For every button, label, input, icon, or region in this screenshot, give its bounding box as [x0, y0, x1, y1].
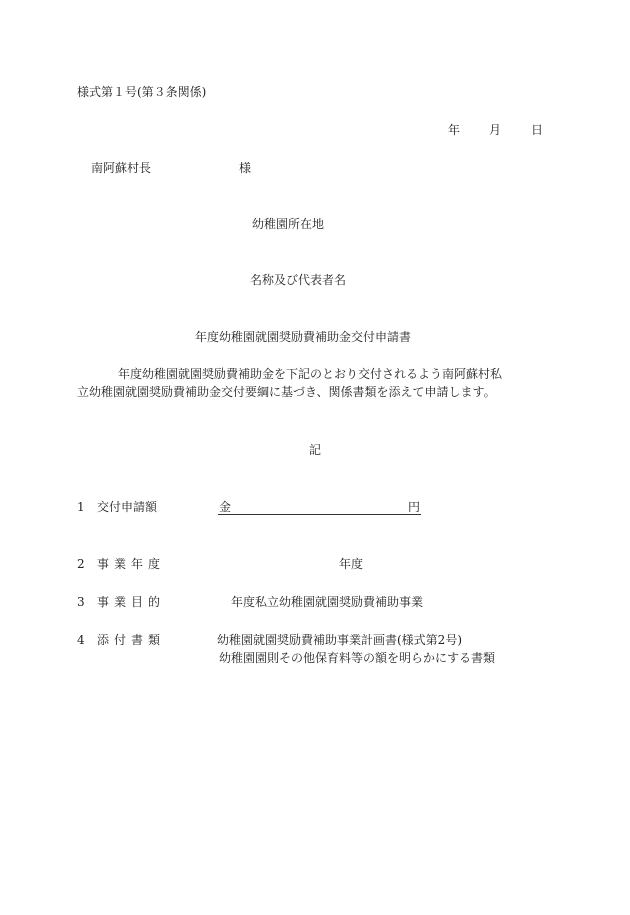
item-value: 年度私立幼稚園就園奨励費補助事業: [231, 594, 423, 610]
body-line-2: 立幼稚園就園奨励費補助金交付要綱に基づき、関係書類を添えて申請します。: [77, 384, 496, 400]
item-label: 事業目的: [97, 594, 165, 610]
amount-suffix: 円: [408, 498, 420, 515]
item-number: 1: [77, 499, 85, 515]
date-year-label: 年: [448, 122, 460, 138]
document-title: 年度幼稚園就園奨励費補助金交付申請書: [195, 329, 411, 345]
applicant-name-label: 名称及び代表者名: [250, 272, 346, 288]
amount-field[interactable]: 金 円: [218, 498, 421, 515]
date-day-label: 日: [531, 122, 543, 138]
form-label: 様式第１号(第３条関係): [77, 84, 206, 100]
body-line-1: 年度幼稚園就園奨励費補助金を下記のとおり交付されるよう南阿蘇村私: [118, 366, 502, 382]
ki-heading: 記: [309, 442, 321, 458]
item-value: 年度: [339, 556, 363, 572]
applicant-address-label: 幼稚園所在地: [252, 216, 324, 232]
item-number: 4: [77, 632, 85, 648]
item-label: 交付申請額: [97, 499, 157, 515]
addressee-honorific: 様: [239, 160, 251, 176]
item-number: 3: [77, 594, 85, 610]
date-month-label: 月: [489, 122, 501, 138]
attachment-1: 幼稚園就園奨励費補助事業計画書(様式第2号): [217, 632, 462, 648]
addressee-name: 南阿蘇村長: [91, 160, 151, 176]
item-label: 添付書類: [97, 632, 165, 648]
item-label: 事業年度: [97, 556, 165, 572]
item-number: 2: [77, 556, 85, 572]
amount-prefix: 金: [219, 498, 231, 515]
attachment-2: 幼稚園園則その他保育料等の額を明らかにする書類: [219, 650, 495, 666]
